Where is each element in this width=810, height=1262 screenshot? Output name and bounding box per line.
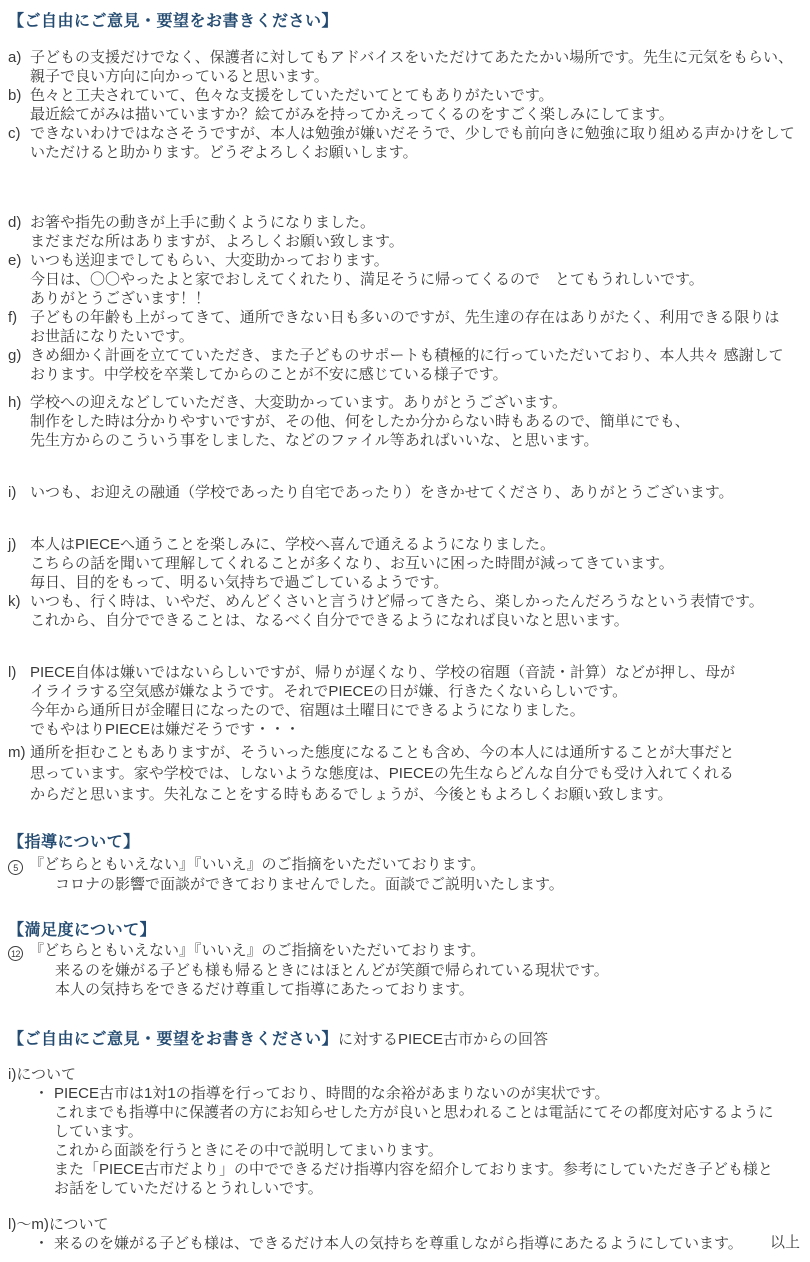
free-opinion-section-header: 【ご自由にご意見・要望をお書きください】 [8,12,810,32]
item-marker-g: g) [8,346,30,365]
text-line: お世話になりたいです。 [8,327,810,346]
item-marker-m: m) [8,742,30,763]
item-text: いつも、行く時は、いやだ、めんどくさいと言うけど帰ってきたら、楽しかったんだろう… [30,593,764,610]
text-line: 5『どちらともいえない』『いいえ』のご指摘をいただいております。 [8,855,810,875]
text-line: l)PIECE自体は嫌いではないらしいですが、帰りが遅くなり、学校の宿題（音読・… [8,663,810,682]
item-marker-f: f) [8,308,30,327]
item-marker-i: i) [8,483,30,502]
bullet-dot: ・ [34,1234,54,1253]
opinion-item-c: c)できないわけではなさそうですが、本人は勉強が嫌いだそうで、少しでも前向きに勉… [8,124,810,162]
text-line: a)子どもの支援だけでなく、保護者に対してもアドバイスをいただけてあたたかい場所… [8,48,810,67]
text-line: ありがとうございます！！ [8,289,810,308]
text-line: まだまだな所はありますが、よろしくお願い致します。 [8,232,810,251]
opinion-item-b: b)色々と工夫されていて、色々な支援をしていただいてとてもありがたいです。 最近… [8,86,810,124]
text-line: 毎日、目的をもって、明るい気持ちで過ごしているようです。 [8,573,810,592]
item-text: いつも、お迎えの融通（学校であったり自宅であったり）をきかせてくださり、ありがと… [30,484,734,501]
item-marker-d: d) [8,213,30,232]
item-text: きめ細かく計画を立てていただき、また子どものサポートも積極的に行っていただいてお… [30,347,784,364]
item-text: 子どもの年齢も上がってきて、通所できない日も多いのですが、先生達の存在はありがた… [30,309,779,326]
satisfaction-remark: 12『どちらともいえない』『いいえ』のご指摘をいただいております。 来るのを嫌が… [8,941,810,999]
text-line: i)いつも、お迎えの融通（学校であったり自宅であったり）をきかせてくださり、あり… [8,483,810,502]
survey-feedback-document: 【ご自由にご意見・要望をお書きください】 a)子どもの支援だけでなく、保護者に対… [0,0,810,1262]
text-line: こちらの話を聞いて理解してくれることが多くなり、お互いに困った時間が減ってきてい… [8,554,810,573]
response-text: 来るのを嫌がる子ども様は、できるだけ本人の気持ちを尊重しながら指導にあたるように… [54,1235,743,1252]
text-line: 本人の気持ちをできるだけ尊重して指導にあたっております。 [8,980,810,999]
response-text: PIECE古市は1対1の指導を行っており、時間的な余裕があまりないのが実状です。 [54,1085,610,1102]
item-text: 色々と工夫されていて、色々な支援をしていただいてとてもありがたいです。 [30,87,554,104]
text-line: f)子どもの年齢も上がってきて、通所できない日も多いのですが、先生達の存在はあり… [8,308,810,327]
circled-5-marker: 5 [8,860,23,875]
text-line: 最近絵てがみは描いていますか？絵てがみを持ってかえってくるのをすごく楽しみにして… [8,105,810,124]
text-line: k)いつも、行く時は、いやだ、めんどくさいと言うけど帰ってきたら、楽しかったんだ… [8,592,810,611]
text-line: b)色々と工夫されていて、色々な支援をしていただいてとてもありがたいです。 [8,86,810,105]
opinion-item-m: m)通所を拒むこともありますが、そういった態度になることも含め、今の本人には通所… [8,742,810,805]
text-line: 12『どちらともいえない』『いいえ』のご指摘をいただいております。 [8,941,810,961]
text-line: ・PIECE古市は1対1の指導を行っており、時間的な余裕があまりないのが実状です… [8,1084,810,1103]
satisfaction-section-header: 【満足度について】 [8,921,810,941]
text-line: c)できないわけではなさそうですが、本人は勉強が嫌いだそうで、少しでも前向きに勉… [8,124,810,143]
text-line: これまでも指導中に保護者の方にお知らせした方が良いと思われることは電話にてその都… [8,1103,810,1122]
opinion-item-j: j)本人はPIECEへ通うことを楽しみに、学校へ喜んで通えるようになりました。 … [8,535,810,592]
item-marker-j: j) [8,535,30,554]
item-text: できないわけではなさそうですが、本人は勉強が嫌いだそうで、少しでも前向きに勉強に… [30,125,795,142]
item-marker-e: e) [8,251,30,270]
response-lm-label: l)～m)について [8,1215,810,1234]
opinion-item-f: f)子どもの年齢も上がってきて、通所できない日も多いのですが、先生達の存在はあり… [8,308,810,346]
item-text: 子どもの支援だけでなく、保護者に対してもアドバイスをいただけてあたたかい場所です… [30,49,793,66]
satisfaction-remark-text: 『どちらともいえない』『いいえ』のご指摘をいただいております。 [29,942,485,959]
text-line: いただけると助かります。どうぞよろしくお願いします。 [8,143,810,162]
text-line: 親子で良い方向に向かっていると思います。 [8,67,810,86]
text-line: g)きめ細かく計画を立てていただき、また子どものサポートも積極的に行っていただい… [8,346,810,365]
item-marker-b: b) [8,86,30,105]
opinion-item-l: l)PIECE自体は嫌いではないらしいですが、帰りが遅くなり、学校の宿題（音読・… [8,663,810,739]
text-line: 先生方からのこういう事をしました、などのファイル等あればいいな、と思います。 [8,431,810,450]
text-line: また「PIECE古市だより」の中でできるだけ指導内容を紹介しております。参考にし… [8,1160,810,1179]
response-about-lm: l)～m)について ・来るのを嫌がる子ども様は、できるだけ本人の気持ちを尊重しな… [8,1215,810,1253]
text-line: d)お箸や指先の動きが上手に動くようになりました。 [8,213,810,232]
closing-mark: 以上 [770,1233,800,1252]
text-line: j)本人はPIECEへ通うことを楽しみに、学校へ喜んで通えるようになりました。 [8,535,810,554]
text-line: これから、自分でできることは、なるべく自分でできるようになれば良いなと思います。 [8,611,810,630]
opinion-item-k: k)いつも、行く時は、いやだ、めんどくさいと言うけど帰ってきたら、楽しかったんだ… [8,592,810,630]
response-i-label: i)について [8,1065,810,1084]
text-line: からだと思います。失礼なことをする時もあるでしょうが、今後ともよろしくお願い致し… [8,784,810,805]
item-marker-h: h) [8,393,30,412]
item-marker-l: l) [8,663,30,682]
item-marker-k: k) [8,592,30,611]
text-line: 今年から通所日が金曜日になったので、宿題は土曜日にできるようになりました。 [8,701,810,720]
text-line: 来るのを嫌がる子ども様も帰るときにはほとんどが笑顔で帰られている現状です。 [8,961,810,980]
item-text: 本人はPIECEへ通うことを楽しみに、学校へ喜んで通えるようになりました。 [30,536,555,553]
guidance-remark-text: 『どちらともいえない』『いいえ』のご指摘をいただいております。 [29,856,485,873]
item-marker-a: a) [8,48,30,67]
text-line: でもやはりPIECEは嫌だそうです・・・ [8,720,810,739]
item-text: PIECE自体は嫌いではないらしいですが、帰りが遅くなり、学校の宿題（音読・計算… [30,664,735,681]
opinion-item-d: d)お箸や指先の動きが上手に動くようになりました。 まだまだな所はありますが、よ… [8,213,810,251]
response-header-rest: に対するPIECE古市からの回答 [338,1031,548,1048]
text-line: しています。 [8,1122,810,1141]
opinion-item-i: i)いつも、お迎えの融通（学校であったり自宅であったり）をきかせてくださり、あり… [8,483,810,502]
text-line: おります。中学校を卒業してからのことが不安に感じている様子です。 [8,365,810,384]
text-line: m)通所を拒むこともありますが、そういった態度になることも含め、今の本人には通所… [8,742,810,763]
item-marker-c: c) [8,124,30,143]
bullet-dot: ・ [34,1084,54,1103]
text-line: 思っています。家や学校では、しないような態度は、PIECEの先生ならどんな自分で… [8,763,810,784]
text-line: e)いつも送迎までしてもらい、大変助かっております。 [8,251,810,270]
opinion-item-h: h)学校への迎えなどしていただき、大変助かっています。ありがとうございます。 制… [8,393,810,450]
item-text: お箸や指先の動きが上手に動くようになりました。 [30,214,375,231]
text-line: h)学校への迎えなどしていただき、大変助かっています。ありがとうございます。 [8,393,810,412]
text-line: コロナの影響で面談ができておりませんでした。面談でご説明いたします。 [8,875,810,894]
text-line: これから面談を行うときにその中で説明してまいります。 [8,1141,810,1160]
opinion-item-g: g)きめ細かく計画を立てていただき、また子どものサポートも積極的に行っていただい… [8,346,810,384]
response-header-bracket: 【ご自由にご意見・要望をお書きください】 [8,1031,338,1048]
guidance-remark: 5『どちらともいえない』『いいえ』のご指摘をいただいております。 コロナの影響で… [8,855,810,894]
text-line: お話をしていただけるとうれしいです。 [8,1179,810,1198]
opinion-item-a: a)子どもの支援だけでなく、保護者に対してもアドバイスをいただけてあたたかい場所… [8,48,810,86]
circled-12-marker: 12 [8,946,23,961]
text-line: 制作をした時は分かりやすいですが、その他、何をしたか分からない時もあるので、簡単… [8,412,810,431]
opinion-item-e: e)いつも送迎までしてもらい、大変助かっております。 今日は、〇〇やったよと家で… [8,251,810,308]
item-text: 学校への迎えなどしていただき、大変助かっています。ありがとうございます。 [30,394,567,411]
response-section-header: 【ご自由にご意見・要望をお書きください】に対するPIECE古市からの回答 [8,1030,810,1050]
item-text: 通所を拒むこともありますが、そういった態度になることも含め、今の本人には通所する… [30,744,734,761]
response-about-i: i)について ・PIECE古市は1対1の指導を行っており、時間的な余裕があまりな… [8,1065,810,1198]
text-line: イライラする空気感が嫌なようです。それでPIECEの日が嫌、行きたくないらしいで… [8,682,810,701]
item-text: いつも送迎までしてもらい、大変助かっております。 [30,252,389,269]
text-line: ・来るのを嫌がる子ども様は、できるだけ本人の気持ちを尊重しながら指導にあたるよう… [8,1234,810,1253]
guidance-section-header: 【指導について】 [8,833,810,853]
text-line: 今日は、〇〇やったよと家でおしえてくれたり、満足そうに帰ってくるので とてもうれ… [8,270,810,289]
